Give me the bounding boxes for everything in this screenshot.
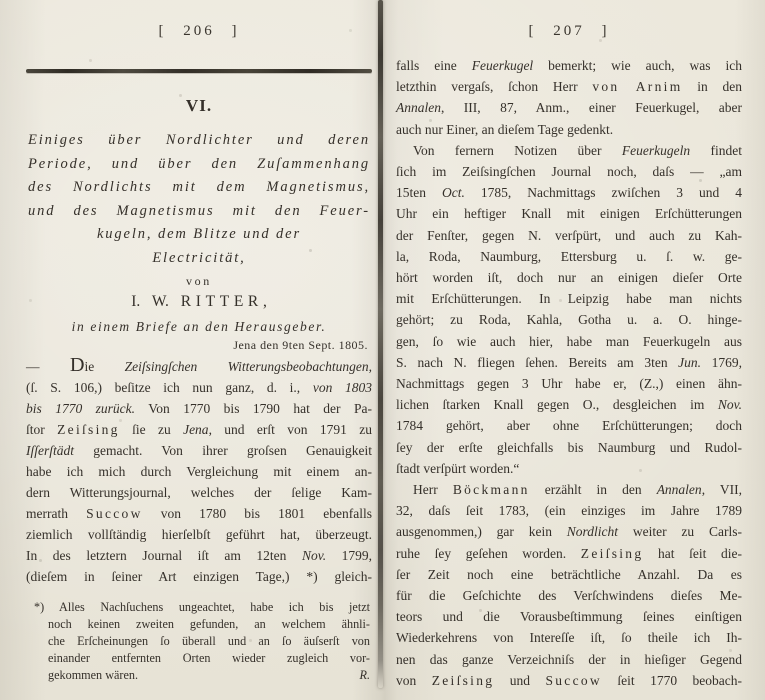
header-rule bbox=[26, 69, 372, 73]
text-segment: Zeiſsingſchen Witterungsbeobachtungen, bbox=[125, 359, 372, 374]
text-line: letzthin vergaſs, ſchon Herr von Arnim i… bbox=[396, 76, 742, 97]
text-line: Einiges über Nordlichter und deren bbox=[28, 129, 370, 153]
text-segment: bis 1770 zurück. bbox=[26, 401, 135, 416]
text-line: Periode, und über den Zuſammenhang bbox=[28, 153, 370, 177]
text-segment: Nov. bbox=[718, 397, 742, 412]
text-line: noch keinen zweiten gefunden, an welchem… bbox=[48, 616, 370, 633]
text-line: Nachmittags gegen 3 Uhr habe er, (Z.,) e… bbox=[396, 373, 742, 394]
text-line: nen das ganze Verzeichniſs der in hieſig… bbox=[396, 649, 742, 670]
text-segment: der Fenſter, gegen N. verſpürt, und auch… bbox=[396, 228, 742, 243]
text-line: und des Magnetismus mit den Feuer- bbox=[28, 200, 370, 224]
text-segment: gekommen wären. bbox=[48, 668, 138, 682]
article-title: Einiges über Nordlichter und derenPeriod… bbox=[26, 129, 372, 270]
text-segment: von 1780 bis 1801 ebenfalls bbox=[143, 506, 372, 521]
text-line: ziemlich vollſtändig hierſelbſt geführt … bbox=[26, 524, 372, 545]
text-segment: ſich im Zeiſsingſchen Journal noch, daſs… bbox=[396, 164, 742, 179]
text-line: von Zeiſsing und Succow ſeit 1770 beobac… bbox=[396, 670, 742, 691]
text-segment: 1785, Nachmittags zwiſchen 3 und 4 bbox=[465, 185, 742, 200]
section-number: VI. bbox=[26, 95, 372, 117]
byline-von: von bbox=[26, 274, 372, 288]
text-segment: , VII, bbox=[702, 482, 742, 497]
text-line: habe ich mich durch Vergleichung mit ein… bbox=[26, 461, 372, 482]
page-number-left: [ 206 ] bbox=[26, 0, 372, 42]
text-line: — Die Zeiſsingſchen Witterungsbeobachtun… bbox=[26, 356, 372, 377]
text-segment: des Nordlichts mit dem Magnetismus, bbox=[28, 179, 370, 195]
text-segment: Herr bbox=[413, 482, 453, 497]
text-line: 1784 gehört, aber ohne Erſchütterungen; … bbox=[396, 415, 742, 436]
text-segment: gen, ſo wie auch hier, habe man Feuerkug… bbox=[396, 334, 742, 349]
text-segment: (dieſem in ſeiner Art einzigen Tage,) *)… bbox=[26, 569, 372, 584]
text-line: gehört; zu Roda, Kahla, Gotha u. a. O. h… bbox=[396, 309, 742, 330]
text-segment: Nov. bbox=[302, 548, 326, 563]
text-line: merrath Succow von 1780 bis 1801 ebenfal… bbox=[26, 503, 372, 524]
text-line: bis 1770 zurück. Von 1770 bis 1790 hat d… bbox=[26, 398, 372, 419]
text-segment: 1769, bbox=[701, 355, 742, 370]
text-segment: Jun. bbox=[678, 355, 701, 370]
body-text-left: — Die Zeiſsingſchen Witterungsbeobachtun… bbox=[26, 356, 372, 587]
text-line: teors und die Vorausbeſtimmung ſeines ei… bbox=[396, 606, 742, 627]
text-segment: merrath bbox=[26, 506, 86, 521]
text-segment: in den bbox=[683, 79, 743, 94]
text-segment: I. W. bbox=[131, 293, 181, 310]
page-206: [ 206 ] VI. Einiges über Nordlichter und… bbox=[26, 0, 372, 684]
text-line: ſtadt verſpürt worden.“ bbox=[396, 458, 742, 479]
text-segment: weiter zu Carls- bbox=[618, 524, 742, 539]
text-segment: Jena bbox=[183, 422, 208, 437]
text-segment: teors und die Vorausbeſtimmung ſeines ei… bbox=[396, 609, 742, 624]
text-line: der Fenſter, gegen N. verſpürt, und auch… bbox=[396, 225, 742, 246]
text-line: gen, ſo wie auch hier, habe man Feuerkug… bbox=[396, 331, 742, 352]
text-segment: , und erſt von 1791 zu bbox=[209, 422, 372, 437]
spaced-name: Succow bbox=[545, 673, 602, 688]
text-segment: (ſ. S. 106,) beſitze ich nun ganz, d. i.… bbox=[26, 380, 313, 395]
text-segment: Nordlicht bbox=[567, 524, 618, 539]
text-line: des Nordlichts mit dem Magnetismus, bbox=[28, 176, 370, 200]
text-line: (dieſem in ſeiner Art einzigen Tage,) *)… bbox=[26, 566, 372, 587]
text-segment: Oct. bbox=[442, 185, 465, 200]
text-line: (ſ. S. 106,) beſitze ich nun ganz, d. i.… bbox=[26, 377, 372, 398]
text-segment: hat ſeit die- bbox=[643, 546, 742, 561]
text-line: ruhe ſey geſehen worden. Zeiſsing hat ſe… bbox=[396, 543, 742, 564]
text-segment: Feuerkugeln bbox=[622, 143, 690, 158]
text-segment: von 1803 bbox=[313, 380, 372, 395]
text-segment: ſtor bbox=[26, 422, 57, 437]
text-segment: Einiges über Nordlichter und deren bbox=[28, 132, 370, 148]
spaced-name: Zeiſsing bbox=[57, 422, 120, 437]
text-line: Uhr ein heftiger Knall mit einigen Erſch… bbox=[396, 203, 742, 224]
text-segment: Annalen bbox=[396, 100, 441, 115]
text-line: 15ten Oct. 1785, Nachmittags zwiſchen 3 … bbox=[396, 182, 742, 203]
text-line: auch nur Einer, an dieſem Tage gedenkt. bbox=[396, 119, 742, 140]
text-segment: noch keinen zweiten gefunden, an welchem… bbox=[48, 617, 370, 631]
text-line: I. W. RITTER, bbox=[26, 292, 372, 312]
page-207: [ 207 ] falls eine Feuerkugel bemerkt; w… bbox=[396, 0, 742, 691]
text-segment: 15ten bbox=[396, 185, 442, 200]
text-segment: Uhr ein heftiger Knall mit einigen Erſch… bbox=[396, 206, 742, 221]
text-line: la, Roda, Naumburg, Ettersburg u. ſ. w. … bbox=[396, 246, 742, 267]
text-segment: Nachmittags gegen 3 Uhr habe er, (Z.,) e… bbox=[396, 376, 742, 391]
text-segment: Periode, und über den Zuſammenhang bbox=[28, 156, 370, 172]
text-segment: *) Alles Nachſuchens ungeachtet, habe ic… bbox=[34, 600, 370, 614]
text-segment: Von fernern Notizen über bbox=[413, 143, 622, 158]
spaced-name: RITTER bbox=[181, 293, 263, 310]
text-line: ſich im Zeiſsingſchen Journal noch, daſs… bbox=[396, 161, 742, 182]
text-line: Herr Böckmann erzählt in den Annalen, VI… bbox=[396, 479, 742, 500]
text-segment: ie bbox=[84, 359, 124, 374]
text-segment: Electricität, bbox=[152, 250, 245, 266]
text-segment: Feuerkugel bbox=[472, 58, 533, 73]
text-segment: 1784 gehört, aber ohne Erſchütterungen; … bbox=[396, 418, 742, 433]
text-line: *) Alles Nachſuchens ungeachtet, habe ic… bbox=[48, 599, 370, 616]
page-gutter-shadow bbox=[378, 0, 383, 688]
text-line: für die Geſchichte des Verſchwindens die… bbox=[396, 585, 742, 606]
dateline: Jena den 9ten Sept. 1805. bbox=[26, 338, 372, 352]
spaced-name: Böckmann bbox=[453, 482, 530, 497]
text-segment: S. nach N. fliegen ſehen. Bereits am 3te… bbox=[396, 355, 678, 370]
text-line: kugeln, dem Blitze und der bbox=[28, 223, 370, 247]
text-segment: Iſſerſtädt bbox=[26, 443, 74, 458]
text-line: Wiederkehrens von Intereſſe iſt, ſo thei… bbox=[396, 627, 742, 648]
text-line: che Erſcheinungen ſo überall und an ſo ä… bbox=[48, 633, 370, 650]
footnote: *) Alles Nachſuchens ungeachtet, habe ic… bbox=[26, 599, 372, 684]
spaced-name: Zeiſsing bbox=[581, 546, 644, 561]
text-line: ſer Zeit noch eine beträchtliche Anzahl.… bbox=[396, 564, 742, 585]
author-name: I. W. RITTER, bbox=[26, 292, 372, 312]
text-segment: ſtadt verſpürt worden.“ bbox=[396, 461, 519, 476]
text-segment: lichen ſtarken Knall gegen O., desgleich… bbox=[396, 397, 718, 412]
text-segment: In des letztern Journal iſt am 12ten bbox=[26, 548, 302, 563]
text-segment: 32, daſs ſeit 1783, (ein einziges im Jah… bbox=[396, 503, 742, 518]
drop-cap: D bbox=[70, 354, 85, 376]
text-line: In des letztern Journal iſt am 12ten Nov… bbox=[26, 545, 372, 566]
text-segment: che Erſcheinungen ſo überall und an ſo ä… bbox=[48, 634, 370, 648]
text-segment: dern Witterungsjournal, welches der ſeli… bbox=[26, 485, 372, 500]
text-segment: auch nur Einer, an dieſem Tage gedenkt. bbox=[396, 122, 613, 137]
text-segment: letzthin vergaſs, ſchon Herr bbox=[396, 79, 592, 94]
text-line: dern Witterungsjournal, welches der ſeli… bbox=[26, 482, 372, 503]
text-segment: kugeln, dem Blitze und der bbox=[97, 226, 301, 242]
text-segment: — bbox=[26, 359, 70, 374]
text-segment: , III, 87, Anm., einer Feuerkugel, aber bbox=[441, 100, 742, 115]
text-segment: ſey der erſte gleichfalls bis Naumburg u… bbox=[396, 440, 742, 455]
text-line: Iſſerſtädt gemacht. Von ihrer groſsen Ge… bbox=[26, 440, 372, 461]
text-segment: gemacht. Von ihrer groſsen Genauigkeit bbox=[74, 443, 372, 458]
text-segment: ſer Zeit noch eine beträchtliche Anzahl.… bbox=[396, 567, 742, 582]
text-segment: und des Magnetismus mit den Feuer- bbox=[28, 203, 370, 219]
text-segment: la, Roda, Naumburg, Ettersburg u. ſ. w. … bbox=[396, 249, 742, 264]
text-line: lichen ſtarken Knall gegen O., desgleich… bbox=[396, 394, 742, 415]
text-segment: ruhe ſey geſehen worden. bbox=[396, 546, 581, 561]
text-segment: und bbox=[494, 673, 545, 688]
text-segment: findet bbox=[690, 143, 742, 158]
text-segment: habe ich mich durch Vergleichung mit ein… bbox=[26, 464, 372, 479]
text-segment: bemerkt; wie auch, was ich bbox=[533, 58, 742, 73]
text-segment: falls eine bbox=[396, 58, 472, 73]
text-segment: hört worden iſt, doch nur an einigen die… bbox=[396, 270, 742, 285]
spaced-name: von Arnim bbox=[592, 79, 682, 94]
text-line: Annalen, III, 87, Anm., einer Feuerkugel… bbox=[396, 97, 742, 118]
text-line: falls eine Feuerkugel bemerkt; wie auch,… bbox=[396, 55, 742, 76]
article-subtitle: in einem Briefe an den Herausgeber. bbox=[26, 318, 372, 336]
text-line: gekommen wären.R. bbox=[48, 667, 370, 684]
text-line: ſtor Zeiſsing ſie zu Jena, und erſt von … bbox=[26, 419, 372, 440]
page-number-right: [ 207 ] bbox=[396, 0, 742, 42]
text-segment: von bbox=[396, 673, 432, 688]
spaced-name: Succow bbox=[86, 506, 143, 521]
text-segment: Annalen bbox=[657, 482, 702, 497]
text-segment: , bbox=[263, 293, 267, 310]
paper-specks bbox=[0, 0, 1, 1]
text-segment: erzählt in den bbox=[530, 482, 657, 497]
text-segment: nen das ganze Verzeichniſs der in hieſig… bbox=[396, 652, 742, 667]
text-segment: ſie zu bbox=[120, 422, 183, 437]
text-line: mit Erſchütterungen. In Leipzig habe man… bbox=[396, 288, 742, 309]
text-line: Von fernern Notizen über Feuerkugeln fin… bbox=[396, 140, 742, 161]
text-line: Electricität, bbox=[28, 247, 370, 271]
text-line: 32, daſs ſeit 1783, (ein einziges im Jah… bbox=[396, 500, 742, 521]
text-line: einander entfernten Orten wieder zugleic… bbox=[48, 650, 370, 667]
spaced-name: Zeiſsing bbox=[432, 673, 495, 688]
text-segment: für die Geſchichte des Verſchwindens die… bbox=[396, 588, 742, 603]
text-segment: Wiederkehrens von Intereſſe iſt, ſo thei… bbox=[396, 630, 742, 645]
text-line: ſey der erſte gleichfalls bis Naumburg u… bbox=[396, 437, 742, 458]
text-segment: einander entfernten Orten wieder zugleic… bbox=[48, 651, 370, 665]
text-segment: ausgenommen,) gar kein bbox=[396, 524, 567, 539]
text-line: ausgenommen,) gar kein Nordlicht weiter … bbox=[396, 521, 742, 542]
text-segment: Von 1770 bis 1790 hat der Pa- bbox=[135, 401, 372, 416]
text-line: S. nach N. fliegen ſehen. Bereits am 3te… bbox=[396, 352, 742, 373]
text-segment: mit Erſchütterungen. In Leipzig habe man… bbox=[396, 291, 742, 306]
text-segment: 1799, bbox=[326, 548, 372, 563]
text-segment: ſeit 1770 beobach- bbox=[602, 673, 742, 688]
text-line: hört worden iſt, doch nur an einigen die… bbox=[396, 267, 742, 288]
body-text-right: falls eine Feuerkugel bemerkt; wie auch,… bbox=[396, 55, 742, 691]
text-segment: gehört; zu Roda, Kahla, Gotha u. a. O. h… bbox=[396, 312, 742, 327]
text-segment: R. bbox=[360, 667, 371, 684]
text-segment: ziemlich vollſtändig hierſelbſt geführt … bbox=[26, 527, 372, 542]
